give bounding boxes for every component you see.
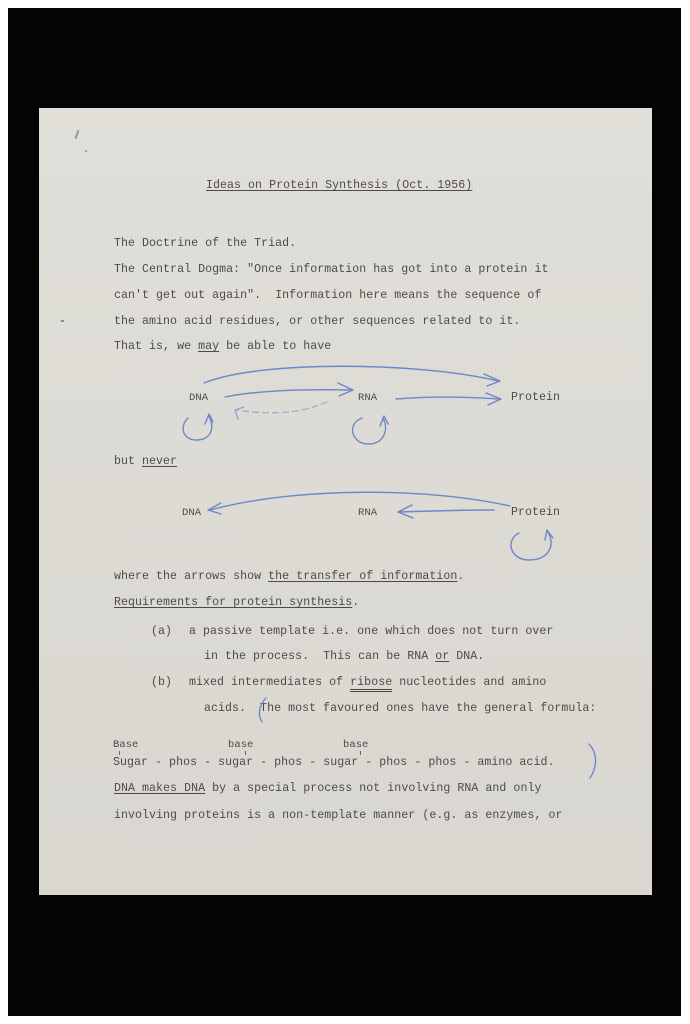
arrow-dna-to-protein	[204, 366, 498, 383]
arrowhead	[235, 407, 244, 419]
arrow-protein-to-dna	[210, 492, 510, 510]
arrow-rna-to-protein	[396, 397, 500, 399]
arrow-protein-to-rna	[400, 510, 494, 512]
self-loop-rna	[353, 418, 386, 444]
paren-open	[259, 698, 266, 722]
paren-close	[589, 744, 596, 778]
ink-annotations	[0, 0, 690, 1024]
arrow-dna-to-rna	[225, 390, 352, 397]
arrow-rna-to-dna-dotted	[236, 402, 327, 413]
